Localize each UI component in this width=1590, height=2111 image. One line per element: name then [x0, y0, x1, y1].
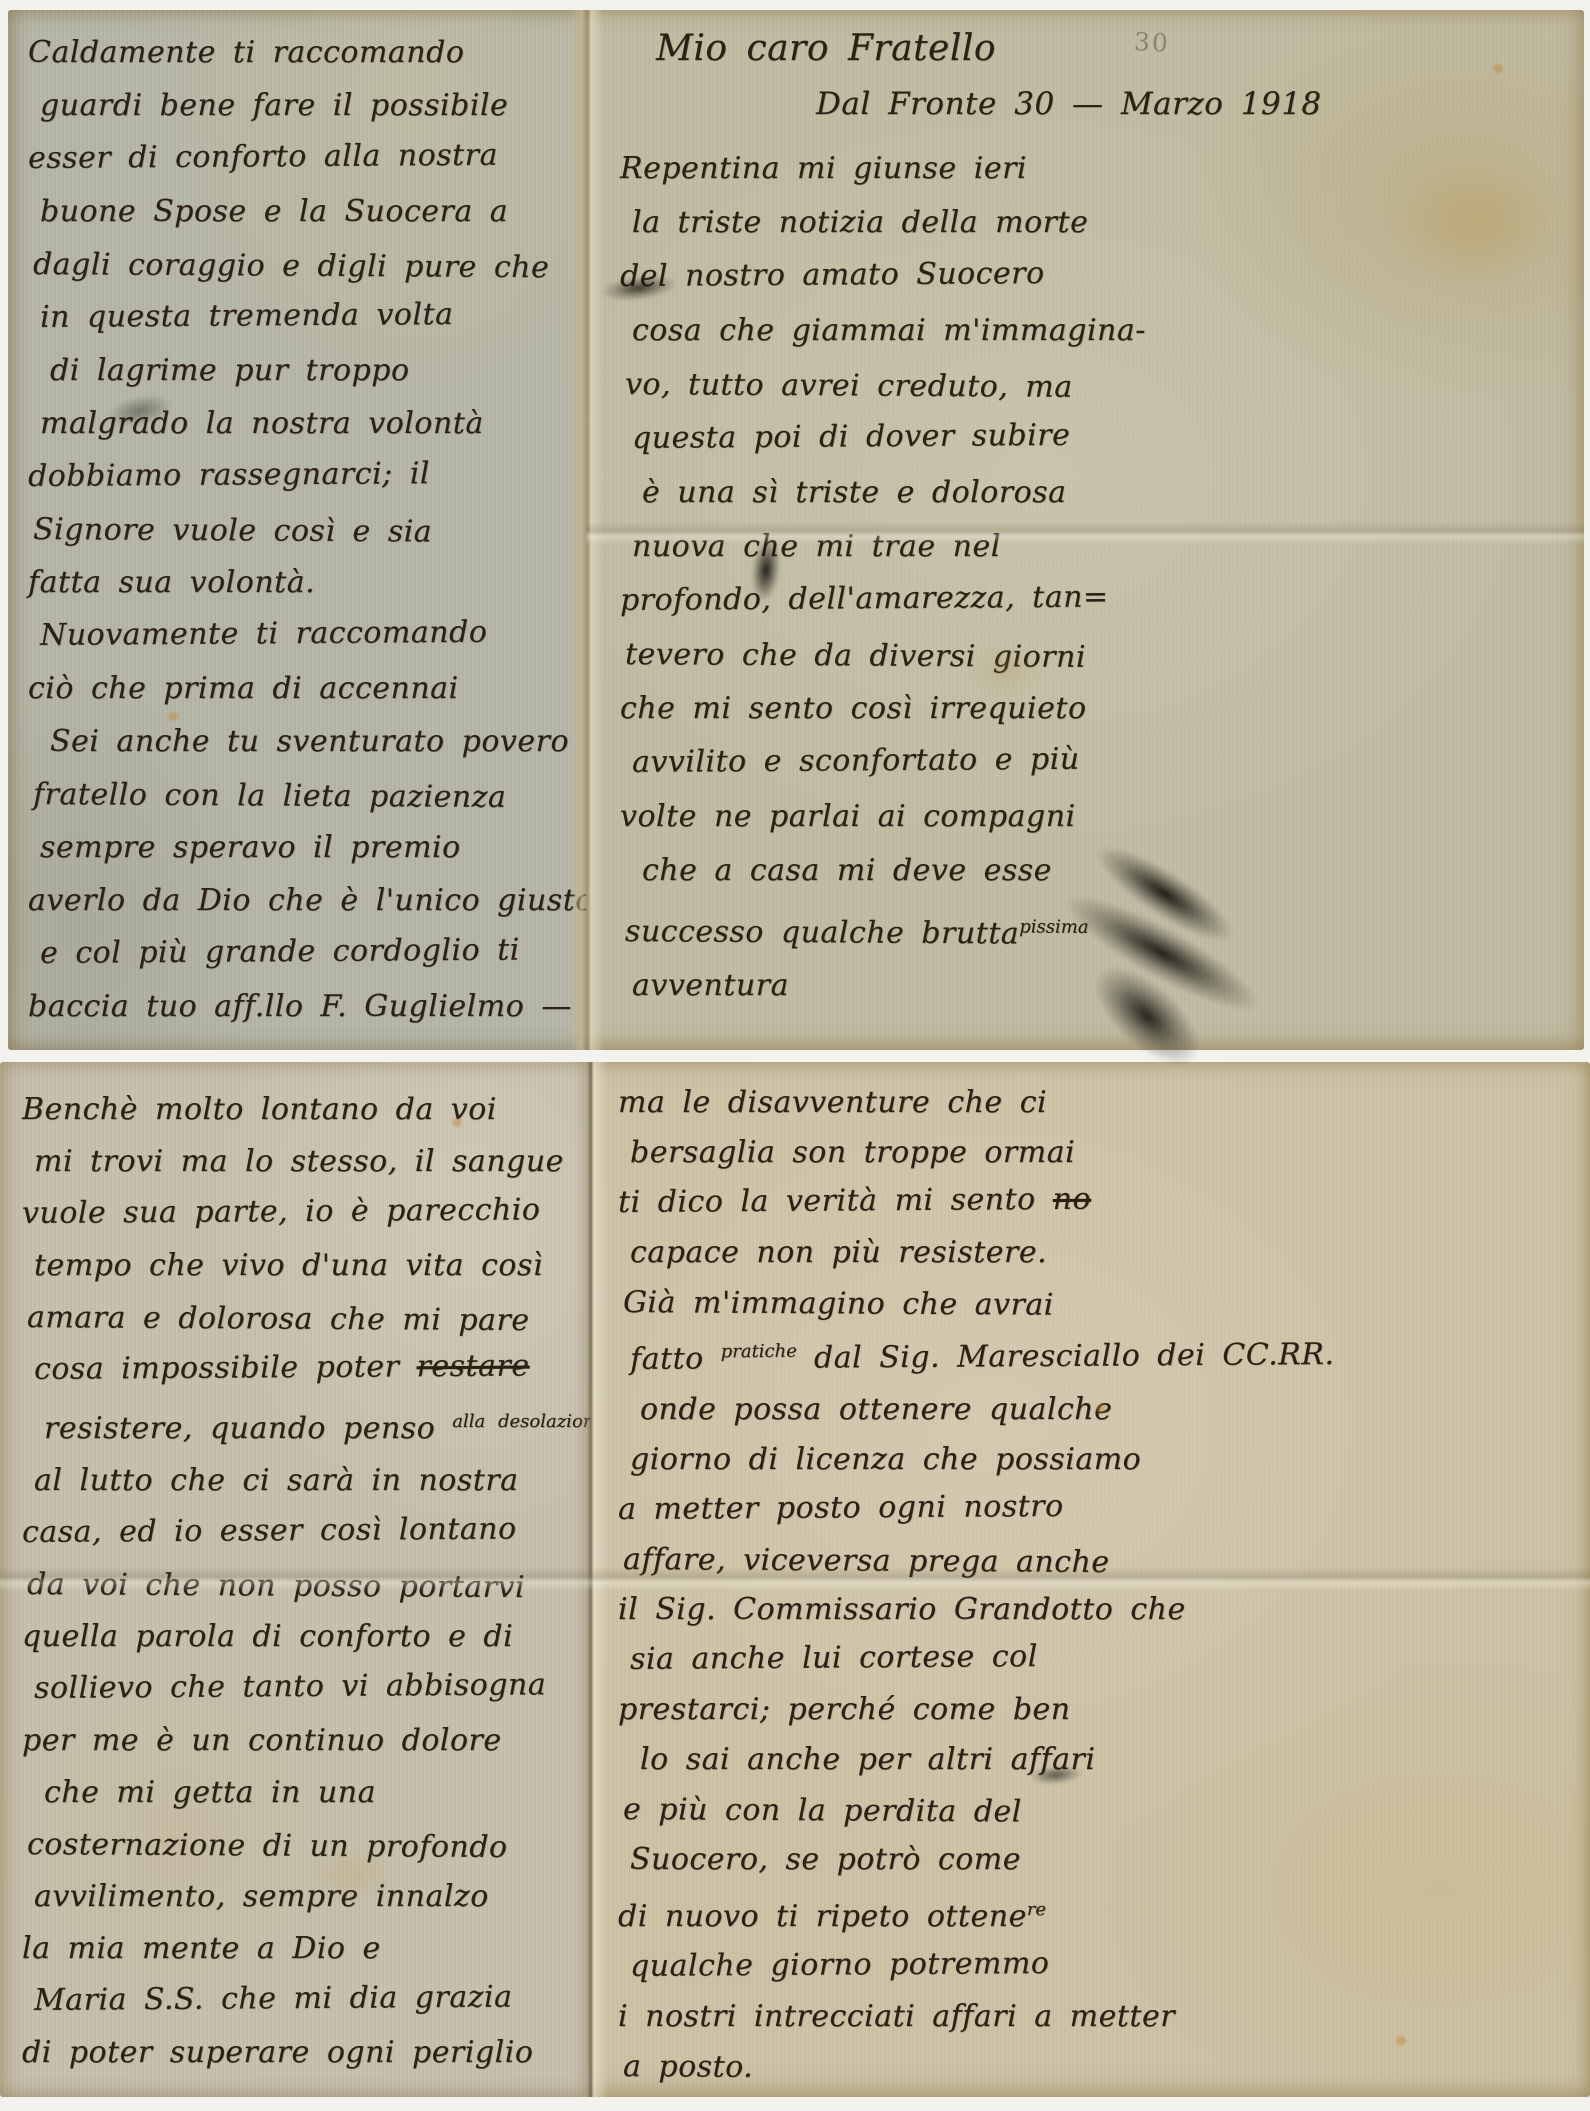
page-bottom-left: Benchè molto lontano da voimi trovi ma l… — [0, 1062, 590, 2097]
handwriting-block-top-left: Caldamente ti raccomandoguardi bene fare… — [28, 26, 584, 1033]
handwriting-line: fatto pratiche dal Sig. Maresciallo dei … — [618, 1321, 1586, 1385]
handwriting-line: cosa che giammai m'immagina- — [620, 304, 1580, 358]
handwriting-line: vuole sua parte, io è parecchio — [22, 1184, 588, 1240]
handwriting-block-bottom-right: ma le disavventure che cibersaglia son t… — [618, 1078, 1586, 2092]
page-top-left: Caldamente ti raccomandoguardi bene fare… — [8, 10, 586, 1050]
scanned-letter: Caldamente ti raccomandoguardi bene fare… — [0, 0, 1590, 2111]
handwriting-line: profondo, dell'amarezza, tan= — [620, 567, 1580, 628]
page-number-pencil: 30 — [1133, 27, 1170, 58]
handwriting-line: onde possa ottenere qualche — [618, 1385, 1586, 1435]
handwriting-line: i nostri intrecciati affari a metter — [618, 1992, 1586, 2042]
handwriting-line: che mi sento così irrequieto — [620, 682, 1580, 736]
handwriting-line: da voi che non posso portarvi — [22, 1559, 588, 1614]
handwriting-line: avvilito e sconfortato e più — [620, 729, 1580, 790]
handwriting-line: averlo da Dio che è l'unico giusto — [28, 874, 584, 927]
handwriting-line: successo qualche bruttapissima — [620, 898, 1580, 965]
handwriting-line: sia anche lui cortese col — [618, 1628, 1586, 1685]
handwriting-line: baccia tuo aff.llo F. Guglielmo — — [28, 980, 584, 1033]
handwriting-line: Maria S.S. che mi dia grazia — [22, 1971, 588, 2027]
handwriting-line: esser di conforto alla nostra — [28, 128, 584, 185]
handwriting-block-top-right: Repentina mi giunse ierila triste notizi… — [620, 142, 1580, 1013]
handwriting-line: a posto. — [618, 2042, 1586, 2097]
salutation: Mio caro Fratello — [656, 28, 996, 69]
handwriting-line: costernazione di un profondo — [22, 1819, 588, 1874]
handwriting-line: Nuovamente ti raccomando — [28, 605, 584, 662]
handwriting-line: qualche giorno potremmo — [618, 1935, 1586, 1992]
handwriting-line: in questa tremenda volta — [28, 287, 584, 344]
handwriting-line: questa poi di dover subire — [620, 405, 1580, 466]
handwriting-line: sempre speravo il premio — [28, 821, 584, 874]
handwriting-line: al lutto che ci sarà in nostra — [22, 1455, 588, 1507]
handwriting-line: prestarci; perché come ben — [618, 1685, 1586, 1735]
handwriting-line: tempo che vivo d'una vita così — [22, 1240, 588, 1292]
handwriting-line: del nostro amato Suocero — [620, 243, 1580, 304]
handwriting-line: casa, ed io esser così lontano — [22, 1503, 588, 1559]
handwriting-line: la triste notizia della morte — [620, 196, 1580, 250]
handwriting-line: e col più grande cordoglio ti — [28, 923, 584, 980]
handwriting-line: affare, viceversa prega anche — [618, 1535, 1586, 1591]
handwriting-line: Benchè molto lontano da voi — [22, 1084, 588, 1136]
handwriting-line: capace non più resistere. — [618, 1228, 1586, 1278]
handwriting-line: ciò che prima di accennai — [28, 662, 584, 715]
handwriting-line: ti dico la verità mi sento no — [618, 1171, 1586, 1228]
handwriting-line: sollievo che tanto vi abbisogna — [22, 1659, 588, 1715]
handwriting-line: il Sig. Commissario Grandotto che — [618, 1585, 1586, 1635]
handwriting-line: fratello con la lieta pazienza — [28, 768, 584, 824]
handwriting-line: bersaglia son troppe ormai — [618, 1128, 1586, 1178]
handwriting-line: mi trovi ma lo stesso, il sangue — [22, 1136, 588, 1188]
handwriting-line: avventura — [620, 959, 1580, 1013]
letter-sheet-bottom: Benchè molto lontano da voimi trovi ma l… — [0, 1062, 1590, 2097]
handwriting-line: e più con la perdita del — [618, 1785, 1586, 1841]
handwriting-line: che a casa mi deve esse — [620, 844, 1580, 898]
handwriting-line: ma le disavventure che ci — [618, 1078, 1586, 1128]
handwriting-line: Repentina mi giunse ieri — [620, 142, 1580, 196]
handwriting-line: amara e dolorosa che mi pare — [22, 1292, 588, 1347]
handwriting-line: è una sì triste e dolorosa — [620, 466, 1580, 520]
handwriting-line: resistere, quando penso alla desolazione — [22, 1396, 588, 1455]
page-top-right: 30 Mio caro Fratello Dal Fronte 30 — Mar… — [586, 10, 1584, 1050]
handwriting-line: guardi bene fare il possibile — [28, 79, 584, 132]
dateline: Dal Fronte 30 — Marzo 1918 — [816, 86, 1322, 122]
handwriting-line: lo sai anche per altri affari — [618, 1735, 1586, 1785]
handwriting-line: quella parola di conforto e di — [22, 1611, 588, 1663]
handwriting-line: cosa impossibile poter restare — [22, 1340, 588, 1396]
handwriting-block-bottom-left: Benchè molto lontano da voimi trovi ma l… — [22, 1084, 588, 2079]
handwriting-line: per me è un continuo dolore — [22, 1715, 588, 1767]
handwriting-line: di nuovo ti ripeto ottenere — [618, 1885, 1586, 1942]
handwriting-line: nuova che mi trae nel — [620, 520, 1580, 574]
handwriting-line: Caldamente ti raccomando — [28, 26, 584, 79]
handwriting-line: la mia mente a Dio e — [22, 1923, 588, 1975]
handwriting-line: di poter superare ogni periglio — [22, 2027, 588, 2079]
handwriting-line: avvilimento, sempre innalzo — [22, 1871, 588, 1923]
handwriting-line: dagli coraggio e digli pure che — [28, 238, 584, 294]
handwriting-line: giorno di licenza che possiamo — [618, 1435, 1586, 1485]
handwriting-line: Suocero, se potrò come — [618, 1835, 1586, 1885]
page-bottom-right: ma le disavventure che cibersaglia son t… — [590, 1062, 1590, 2097]
handwriting-line: Sei anche tu sventurato povero — [28, 715, 584, 768]
handwriting-line: buone Spose e la Suocera a — [28, 185, 584, 238]
handwriting-line: fatta sua volontà. — [28, 556, 584, 609]
handwriting-line: che mi getta in una — [22, 1767, 588, 1819]
handwriting-line: malgrado la nostra volontà — [28, 397, 584, 450]
handwriting-line: volte ne parlai ai compagni — [620, 790, 1580, 844]
handwriting-line: tevero che da diversi giorni — [620, 628, 1580, 688]
handwriting-line: Signore vuole così e sia — [28, 503, 584, 559]
handwriting-line: dobbiamo rassegnarci; il — [28, 446, 584, 503]
handwriting-line: di lagrime pur troppo — [28, 344, 584, 397]
letter-sheet-top: Caldamente ti raccomandoguardi bene fare… — [8, 10, 1584, 1050]
handwriting-line: a metter posto ogni nostro — [618, 1478, 1586, 1535]
